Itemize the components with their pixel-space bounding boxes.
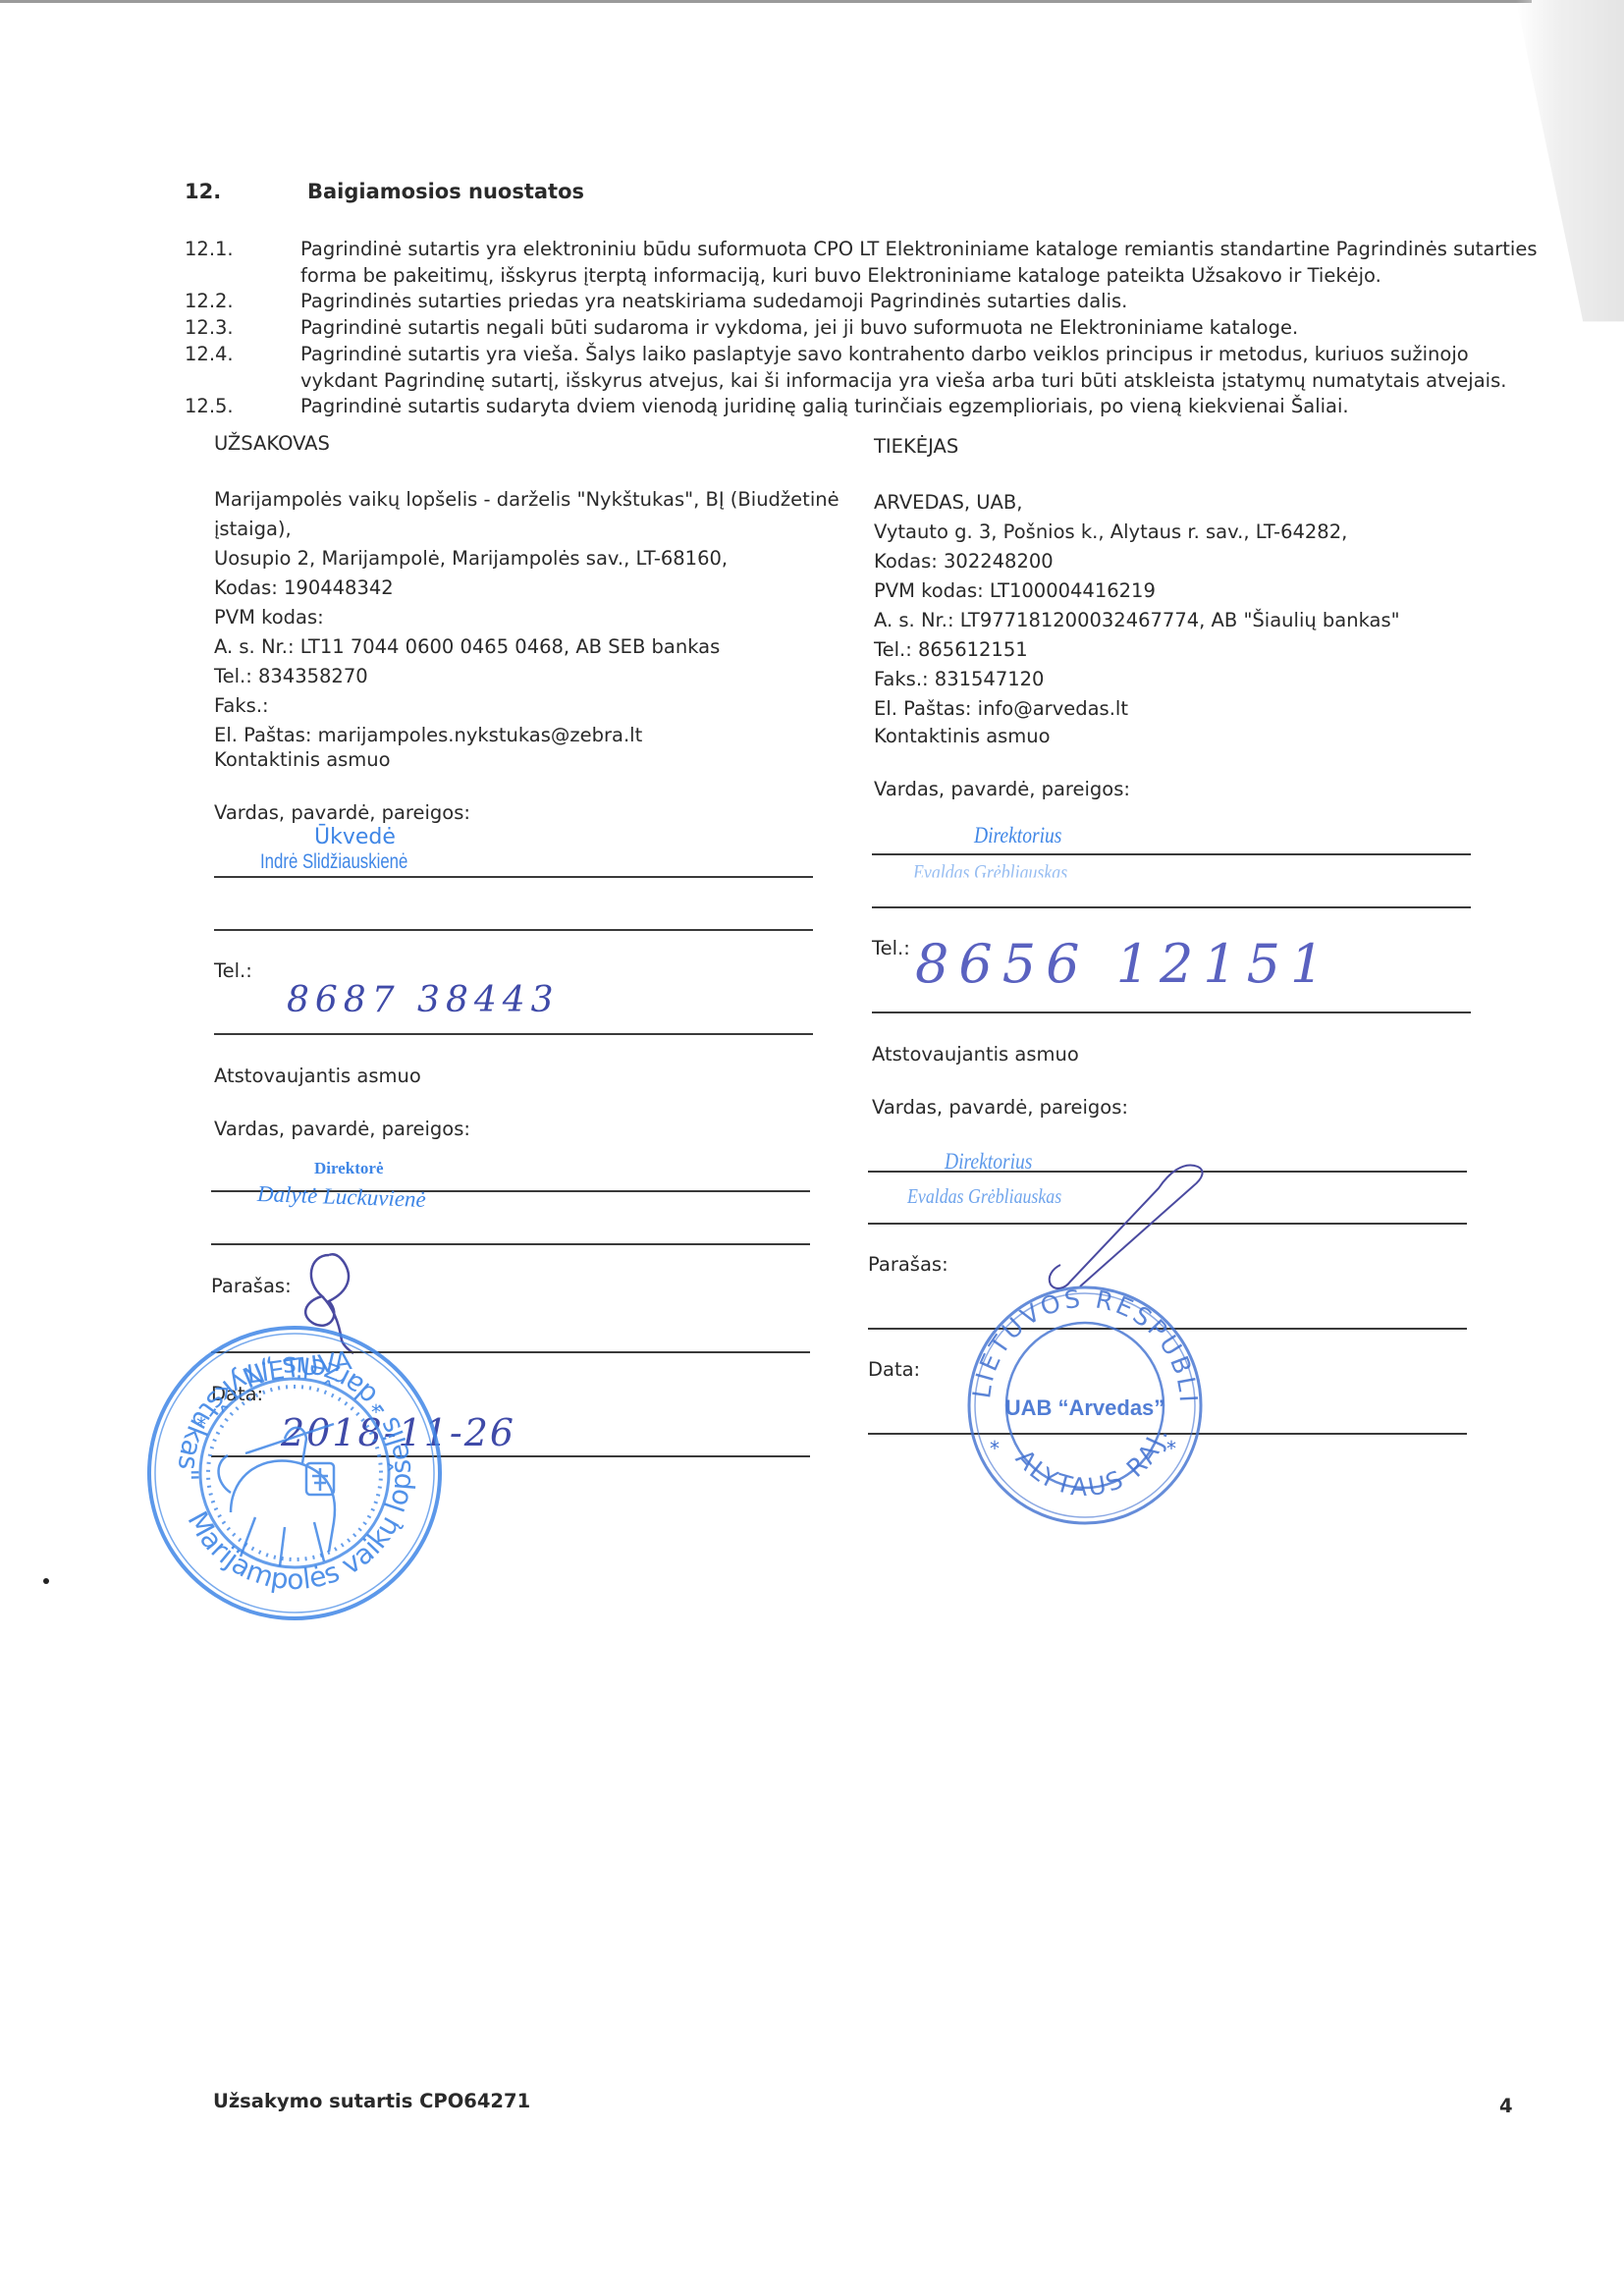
- supplier-seal-icon: LIETUVOS RESPUBLIKA ALYTAUS RAJ. * * UAB…: [962, 1273, 1208, 1528]
- footer-document-title: Užsakymo sutartis CPO64271: [213, 2090, 530, 2112]
- customer-line: Marijampolės vaikų lopšelis - darželis "…: [214, 485, 839, 515]
- scan-artifact-dot: [43, 1578, 49, 1584]
- supplier-contact-tel-line: [872, 1011, 1471, 1013]
- customer-contact-name-stamp: Indrė Slidžiauskienė: [260, 850, 407, 874]
- supplier-date-label: Data:: [868, 1358, 920, 1381]
- clause-text: Pagrindinė sutartis yra elektroniniu būd…: [300, 236, 1540, 289]
- supplier-line: Faks.: 831547120: [874, 665, 1400, 694]
- supplier-details: ARVEDAS, UAB, Vytauto g. 3, Pošnios k., …: [874, 488, 1400, 724]
- supplier-rep-heading: Atstovaujantis asmuo: [872, 1043, 1079, 1066]
- supplier-line: Tel.: 865612151: [874, 635, 1400, 665]
- customer-line: įstaiga),: [214, 515, 839, 544]
- customer-contact-tel-handwritten: 8687 38443: [287, 980, 560, 1020]
- page-number: 4: [1499, 2095, 1513, 2117]
- section-number: 12.: [185, 180, 221, 203]
- customer-contact-tel-label: Tel.:: [214, 959, 252, 982]
- customer-line: El. Paštas: marijampoles.nykstukas@zebra…: [214, 721, 839, 750]
- customer-rep-heading: Atstovaujantis asmuo: [214, 1065, 421, 1087]
- customer-heading: UŽSAKOVAS: [214, 432, 330, 455]
- customer-details: Marijampolės vaikų lopšelis - darželis "…: [214, 485, 839, 750]
- clause-12-2: 12.2. Pagrindinės sutarties priedas yra …: [185, 288, 1540, 314]
- supplier-contact-name-line: [872, 853, 1471, 855]
- supplier-line: Kodas: 302248200: [874, 547, 1400, 576]
- supplier-seal-center-text: UAB “Arvedas”: [1005, 1395, 1165, 1420]
- supplier-contact-title-stamp: Direktorius: [974, 823, 1061, 848]
- customer-rep-name-label: Vardas, pavardė, pareigos:: [214, 1118, 470, 1140]
- customer-line: Faks.:: [214, 691, 839, 721]
- customer-rep-title-stamp: Direktorė: [314, 1159, 384, 1178]
- customer-line: Tel.: 834358270: [214, 662, 839, 691]
- customer-contact-tel-line: [214, 1033, 813, 1035]
- supplier-contact-tel-handwritten: 8656 12151: [915, 933, 1333, 995]
- supplier-line: Vytauto g. 3, Pošnios k., Alytaus r. sav…: [874, 518, 1400, 547]
- supplier-heading: TIEKĖJAS: [874, 435, 958, 458]
- supplier-contact-name-label: Vardas, pavardė, pareigos:: [874, 778, 1130, 800]
- supplier-line: ARVEDAS, UAB,: [874, 488, 1400, 518]
- customer-line: Uosupio 2, Marijampolė, Marijampolės sav…: [214, 544, 839, 574]
- clause-text: Pagrindinė sutartis yra vieša. Šalys lai…: [300, 341, 1540, 394]
- clause-number: 12.3.: [185, 314, 300, 341]
- supplier-contact-extra-line: [872, 906, 1471, 908]
- svg-text:ALYTAUS RAJ.: ALYTAUS RAJ.: [1010, 1422, 1174, 1502]
- clause-number: 12.1.: [185, 236, 300, 289]
- svg-text:*: *: [1166, 1437, 1176, 1460]
- customer-rep-extra-line: [211, 1243, 810, 1245]
- scan-edge: [0, 0, 1532, 3]
- supplier-rep-name-label: Vardas, pavardė, pareigos:: [872, 1096, 1128, 1119]
- clause-12-3: 12.3. Pagrindinė sutartis negali būti su…: [185, 314, 1540, 341]
- customer-line: Kodas: 190448342: [214, 574, 839, 603]
- clause-text: Pagrindinės sutarties priedas yra neatsk…: [300, 288, 1540, 314]
- clause-text: Pagrindinė sutartis sudaryta dviem vieno…: [300, 393, 1540, 419]
- supplier-signature-label: Parašas:: [868, 1253, 948, 1276]
- clause-12-5: 12.5. Pagrindinė sutartis sudaryta dviem…: [185, 393, 1540, 419]
- clause-12-4: 12.4. Pagrindinė sutartis yra vieša. Šal…: [185, 341, 1540, 394]
- customer-contact-name-label: Vardas, pavardė, pareigos:: [214, 801, 470, 824]
- customer-contact-extra-line: [214, 929, 813, 931]
- customer-line: A. s. Nr.: LT11 7044 0600 0465 0468, AB …: [214, 632, 839, 662]
- clause-text: Pagrindinė sutartis negali būti sudaroma…: [300, 314, 1540, 341]
- customer-signature-label: Parašas:: [211, 1275, 292, 1297]
- clause-number: 12.2.: [185, 288, 300, 314]
- supplier-seal-ring-bottom: ALYTAUS RAJ.: [1010, 1422, 1174, 1502]
- clause-number: 12.5.: [185, 393, 300, 419]
- supplier-line: A. s. Nr.: LT977181200032467774, AB "Šia…: [874, 606, 1400, 635]
- supplier-contact-tel-label: Tel.:: [872, 937, 910, 959]
- customer-contact-title-stamp: Ūkvedė: [314, 825, 396, 849]
- supplier-line: El. Paštas: info@arvedas.lt: [874, 694, 1400, 724]
- customer-rep-name-stamp: Dalytė Luckuvienė: [257, 1181, 427, 1213]
- customer-line: PVM kodas:: [214, 603, 839, 632]
- customer-contact-heading: Kontaktinis asmuo: [214, 748, 391, 771]
- section-title: Baigiamosios nuostatos: [307, 180, 584, 203]
- clause-12-1: 12.1. Pagrindinė sutartis yra elektronin…: [185, 236, 1540, 289]
- customer-seal-icon: Marijampolės vaikų lopšelis - darželis „…: [137, 1316, 452, 1630]
- clause-number: 12.4.: [185, 341, 300, 394]
- svg-text:*: *: [371, 1400, 381, 1424]
- supplier-contact-name-stamp: Evaldas Grėbliauskas: [913, 860, 1067, 885]
- customer-contact-name-line: [214, 876, 813, 878]
- svg-text:*: *: [990, 1437, 1000, 1460]
- supplier-contact-heading: Kontaktinis asmuo: [874, 725, 1051, 747]
- svg-text:*: *: [196, 1413, 206, 1437]
- supplier-line: PVM kodas: LT100004416219: [874, 576, 1400, 606]
